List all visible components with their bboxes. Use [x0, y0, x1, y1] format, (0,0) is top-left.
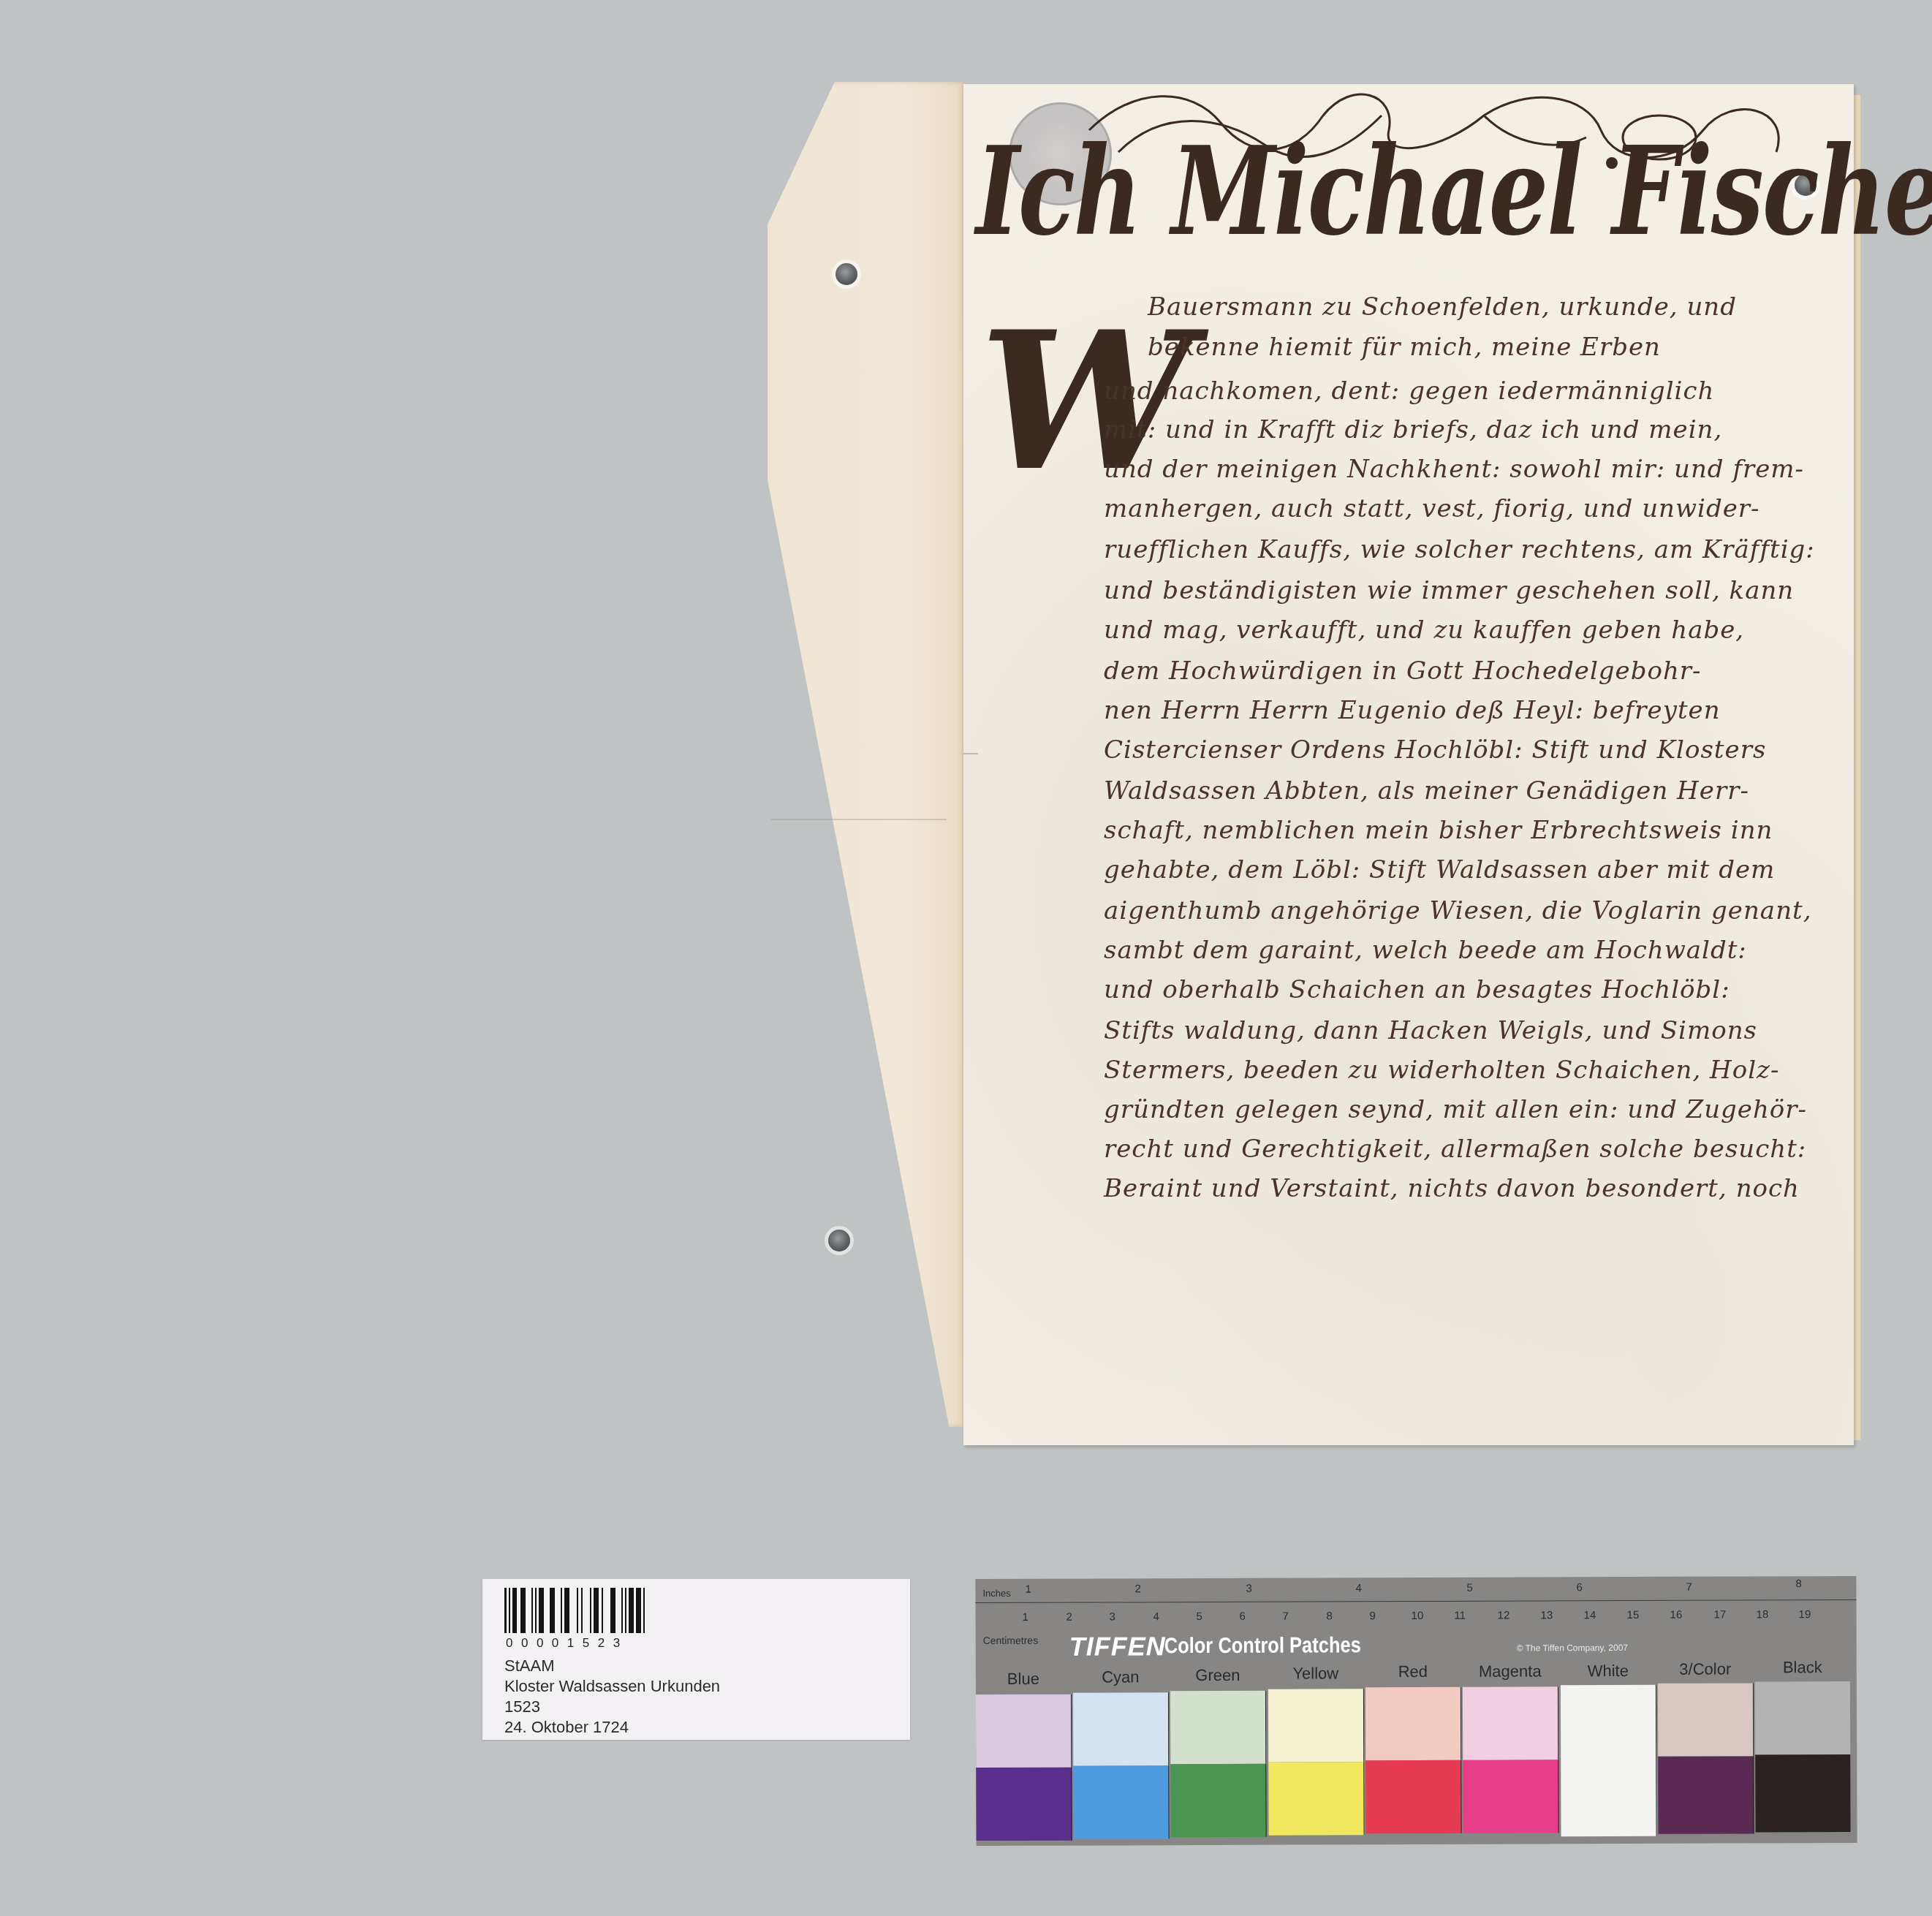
- color-control-card: Inches 1 2 3 4 5 6 7 8 1 2 3 4 5 6 7 8 9…: [975, 1576, 1857, 1846]
- inch-tick-label: 7: [1686, 1581, 1692, 1594]
- patch-label-cyan: Cyan: [1073, 1667, 1168, 1686]
- text-line: Waldsassen Abbten, als meiner Genädigen …: [1104, 776, 1749, 806]
- cm-tick-label: 15: [1627, 1609, 1640, 1621]
- cm-tick-label: 13: [1541, 1609, 1553, 1621]
- text-line: recht und Gerechtigkeit, allermaßen solc…: [1104, 1135, 1806, 1164]
- patch-magenta-dark: [1463, 1760, 1558, 1833]
- text-line: gehabte, dem Löbl: Stift Waldsassen aber…: [1104, 855, 1775, 885]
- patch-label-red: Red: [1365, 1662, 1461, 1681]
- text-line: Beraint und Verstaint, nichts davon beso…: [1104, 1174, 1800, 1203]
- text-line: manhergen, auch statt, vest, fiorig, und…: [1104, 494, 1760, 523]
- patch-label-magenta: Magenta: [1463, 1662, 1558, 1681]
- patch-black-light: [1755, 1681, 1850, 1754]
- patch-label-blue: Blue: [976, 1670, 1071, 1689]
- document-number: 1523: [504, 1697, 540, 1716]
- text-line: aigenthumb angehörige Wiesen, die Voglar…: [1104, 896, 1812, 925]
- patch-white: [1561, 1685, 1657, 1836]
- centimetres-label: Centimetres: [983, 1635, 1039, 1646]
- text-line: Stermers, beeden zu widerholten Schaiche…: [1104, 1056, 1779, 1085]
- cm-tick-label: 11: [1455, 1610, 1466, 1622]
- text-line: und oberhalb Schaichen an besagtes Hochl…: [1104, 975, 1730, 1004]
- patch-3color-light: [1658, 1683, 1754, 1756]
- text-line: bekenne hiemit für mich, meine Erben: [1148, 333, 1661, 362]
- card-title: Color Control Patches: [1164, 1633, 1361, 1659]
- cm-tick-label: 6: [1240, 1610, 1246, 1623]
- inch-tick-label: 4: [1355, 1582, 1361, 1594]
- patch-3color-dark: [1658, 1756, 1754, 1833]
- document-heading: Ich Michael Fischer: [976, 132, 1853, 253]
- cm-tick-label: 16: [1670, 1609, 1683, 1621]
- text-line: und mag, verkaufft, und zu kauffen geben…: [1104, 616, 1744, 645]
- cm-tick-label: 9: [1370, 1610, 1376, 1622]
- punch-hole-icon: [828, 1230, 850, 1252]
- cm-tick-label: 10: [1412, 1610, 1424, 1622]
- page-edge: [1854, 95, 1860, 1440]
- patch-green-light: [1170, 1691, 1266, 1764]
- inch-tick-label: 2: [1134, 1583, 1140, 1595]
- text-line: mit: und in Krafft diz briefs, daz ich u…: [1104, 415, 1722, 444]
- cm-tick-label: 17: [1714, 1609, 1727, 1621]
- cm-tick-label: 8: [1327, 1610, 1333, 1622]
- patch-yellow-light: [1268, 1689, 1364, 1762]
- text-line: gründten gelegen seynd, mit allen ein: u…: [1104, 1095, 1807, 1124]
- cm-tick-label: 2: [1067, 1611, 1072, 1624]
- patch-red-light: [1365, 1687, 1461, 1760]
- backing-flap: [768, 82, 965, 1427]
- text-line: und der meinigen Nachkhent: sowohl mir: …: [1104, 455, 1804, 484]
- text-line: Stifts waldung, dann Hacken Weigls, und …: [1104, 1016, 1757, 1045]
- inch-tick-label: 5: [1466, 1582, 1472, 1594]
- text-line: Bauersmann zu Schoenfelden, urkunde, und: [1148, 292, 1737, 322]
- patch-label-3color: 3/Color: [1658, 1659, 1753, 1678]
- patch-blue-light: [976, 1695, 1072, 1768]
- flap-crease: [771, 819, 947, 820]
- patch-blue-dark: [976, 1768, 1072, 1841]
- text-line: und nachkomen, dent: gegen iedermännigli…: [1104, 376, 1714, 406]
- cm-tick-label: 3: [1110, 1610, 1115, 1623]
- patch-black-dark: [1755, 1754, 1850, 1832]
- text-line: ruefflichen Kauffs, wie solcher rechtens…: [1104, 535, 1815, 564]
- cm-tick-label: 1: [1023, 1611, 1028, 1624]
- manuscript-page: [963, 84, 1854, 1445]
- collection-name: Kloster Waldsassen Urkunden: [504, 1677, 720, 1696]
- text-line: dem Hochwürdigen in Gott Hochedelgebohr-: [1104, 656, 1702, 686]
- patch-yellow-dark: [1268, 1762, 1364, 1835]
- archive-name: StAAM: [504, 1656, 554, 1675]
- patch-cyan-light: [1073, 1692, 1169, 1765]
- document-date: 24. Oktober 1724: [504, 1718, 629, 1737]
- inch-tick-label: 6: [1576, 1581, 1582, 1594]
- inch-tick-label: 1: [1025, 1583, 1031, 1596]
- tiffen-logo: TIFFEN: [1069, 1631, 1166, 1662]
- text-line: sambt dem garaint, welch beede am Hochwa…: [1104, 936, 1747, 965]
- barcode-number: 00001523: [506, 1636, 629, 1651]
- patch-green-dark: [1170, 1764, 1266, 1837]
- text-line: nen Herrn Herrn Eugenio deß Heyl: befrey…: [1104, 696, 1721, 725]
- patch-cyan-dark: [1073, 1765, 1169, 1839]
- patch-label-black: Black: [1755, 1658, 1850, 1677]
- text-line: und beständigisten wie immer geschehen s…: [1104, 576, 1794, 605]
- patch-label-green: Green: [1170, 1666, 1265, 1685]
- text-line: schaft, nemblichen mein bisher Erbrechts…: [1104, 816, 1773, 845]
- archive-label: 00001523 StAAM Kloster Waldsassen Urkund…: [482, 1579, 910, 1740]
- patch-magenta-light: [1463, 1686, 1558, 1760]
- punch-hole-icon: [836, 263, 857, 285]
- cm-tick-label: 14: [1584, 1609, 1596, 1621]
- inch-tick-label: 8: [1795, 1578, 1801, 1590]
- inch-tick-label: 3: [1246, 1583, 1251, 1595]
- barcode: [504, 1588, 658, 1633]
- patch-label-yellow: Yellow: [1268, 1664, 1363, 1683]
- text-line: Cistercienser Ordens Hochlöbl: Stift und…: [1104, 735, 1766, 765]
- cm-tick-label: 5: [1197, 1610, 1202, 1623]
- cm-tick-label: 18: [1757, 1608, 1769, 1621]
- cm-tick-label: 12: [1498, 1610, 1510, 1622]
- inch-ruler: [975, 1583, 1856, 1603]
- copyright-text: © The Tiffen Company, 2007: [1517, 1643, 1628, 1654]
- patch-label-white: White: [1561, 1662, 1656, 1681]
- cm-tick-label: 19: [1799, 1608, 1811, 1621]
- cm-tick-label: 4: [1153, 1610, 1159, 1623]
- patch-red-dark: [1365, 1760, 1461, 1833]
- cm-tick-label: 7: [1283, 1610, 1289, 1623]
- fold-mark: [963, 753, 978, 754]
